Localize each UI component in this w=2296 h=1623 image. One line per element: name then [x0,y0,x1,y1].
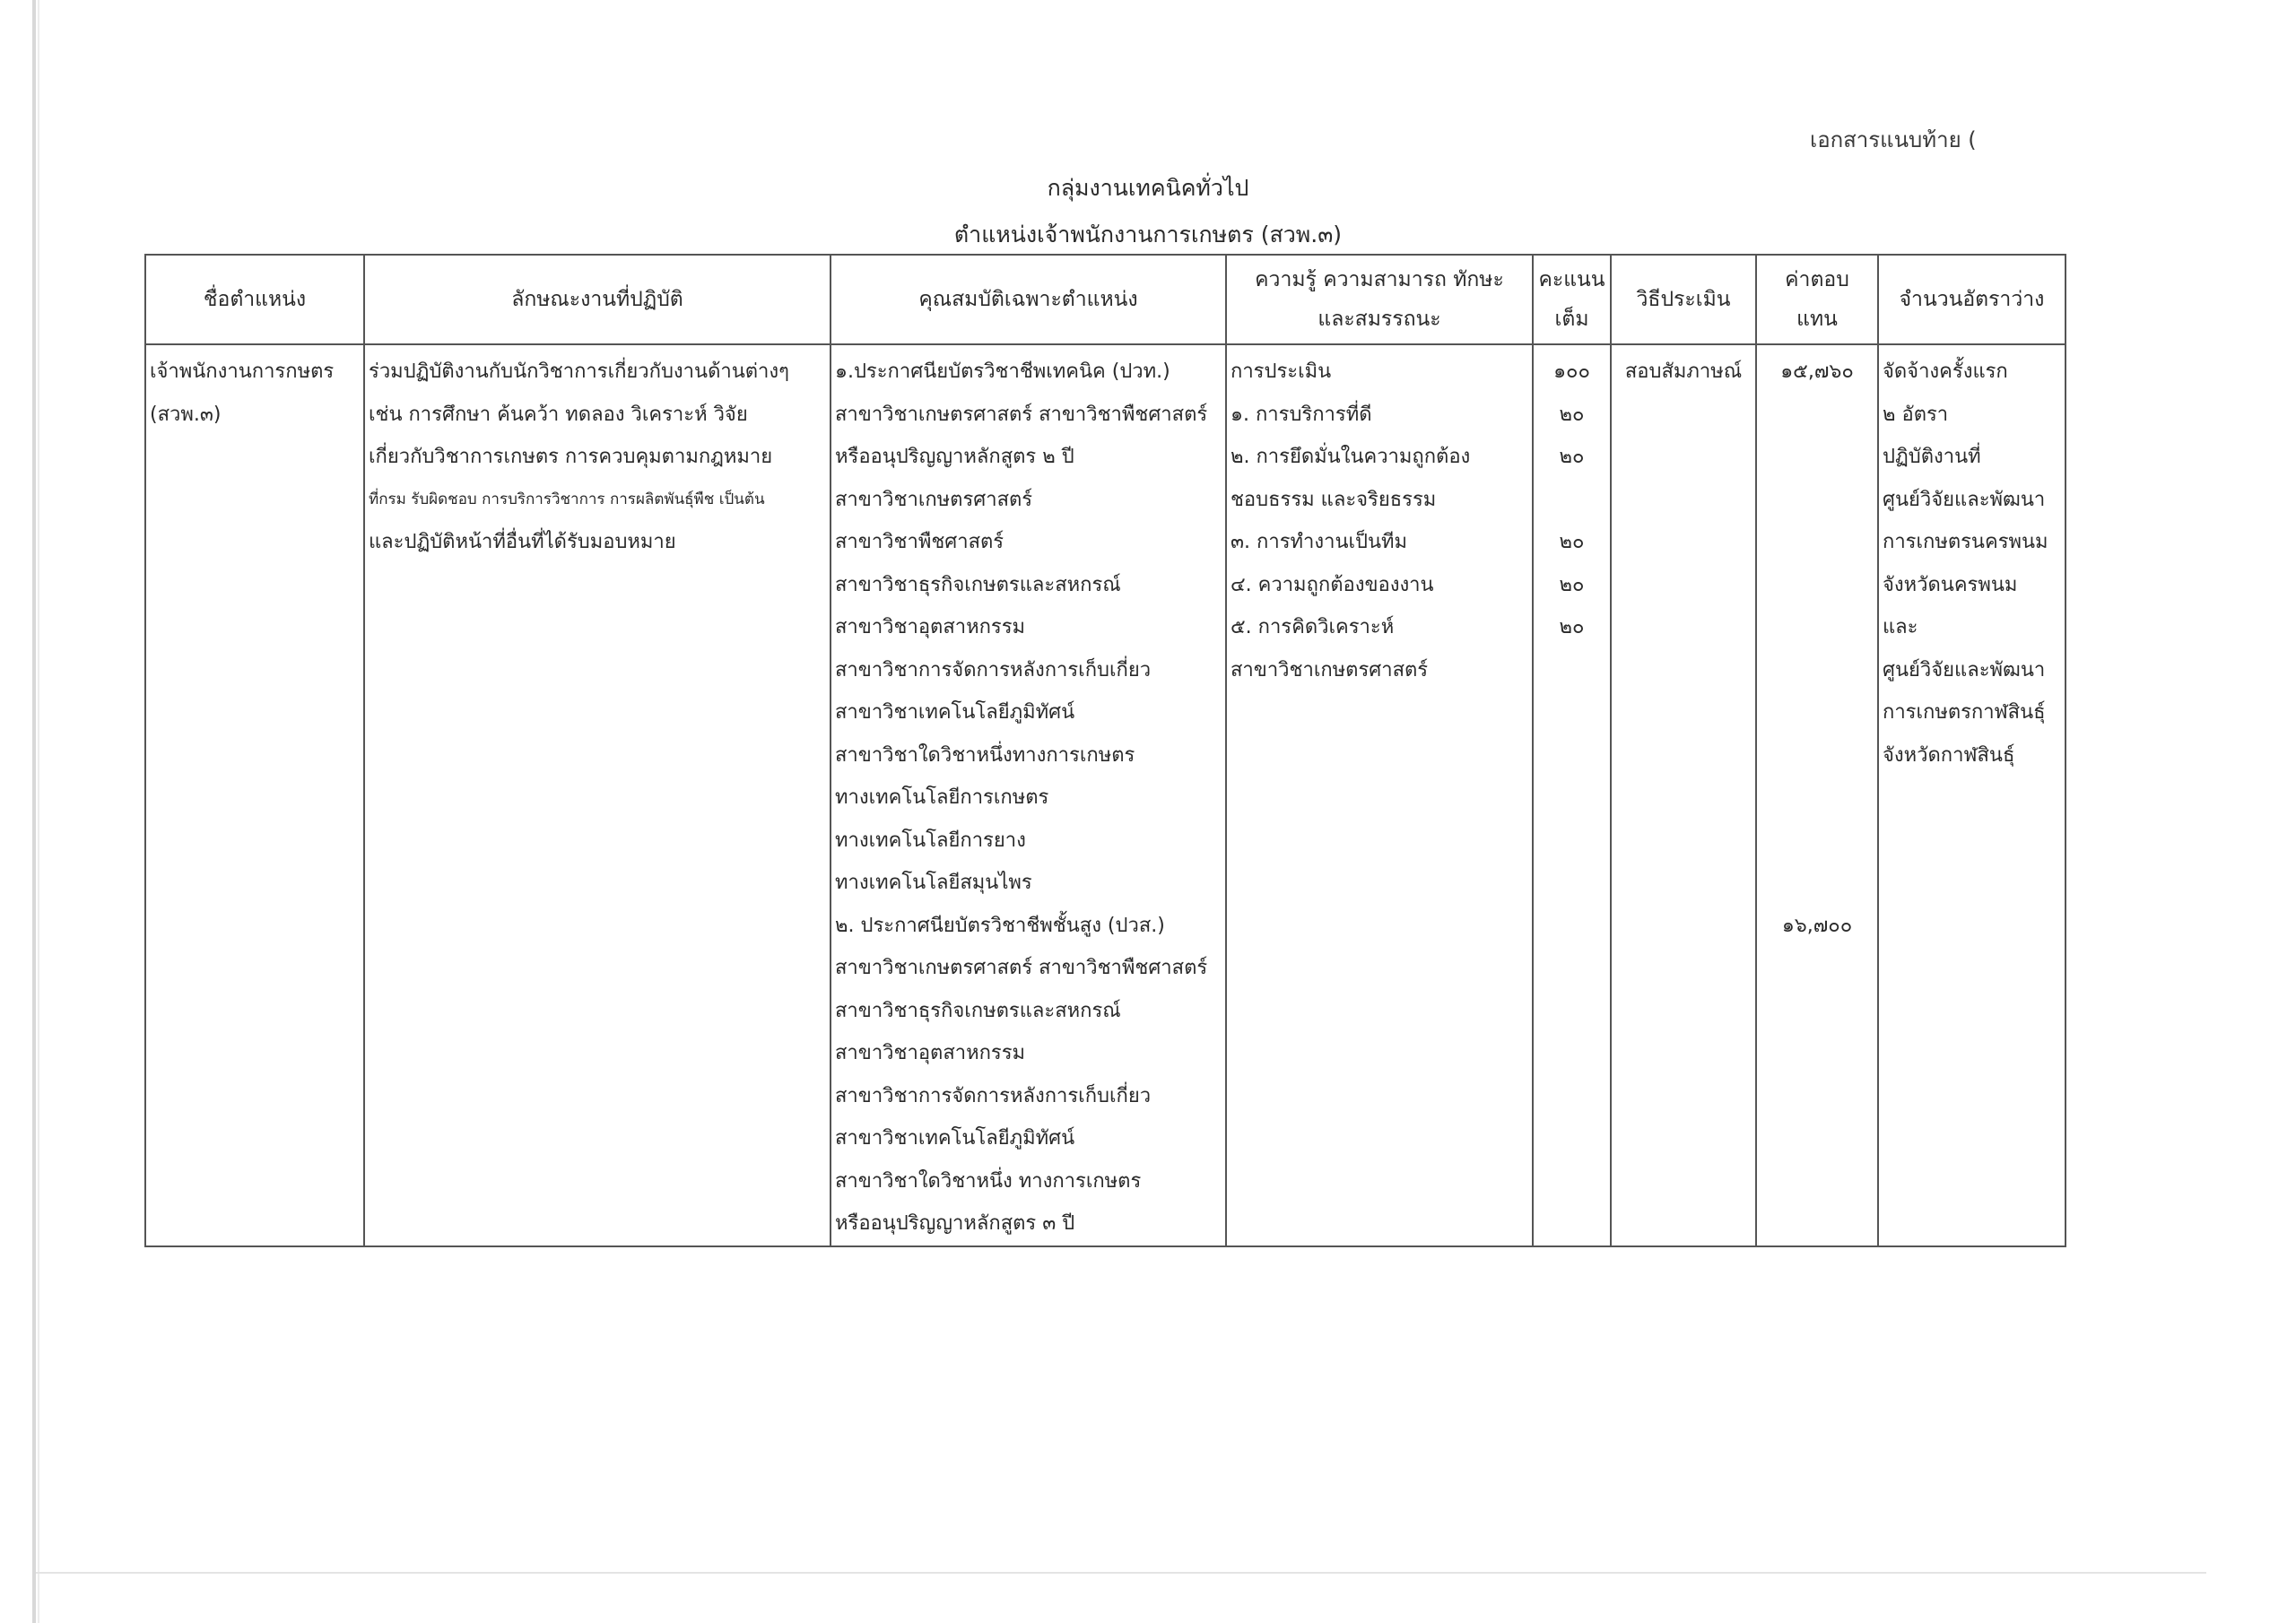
cell-position-name: เจ้าพนักงานการกษตร (สวพ.๓) [145,344,364,1246]
cell-compensation: ๑๕,๗๖๐ ๑๖,๗๐๐ [1756,344,1878,1246]
position-title: ตำแหน่งเจ้าพนักงานการเกษตร (สวพ.๓) [0,217,2296,253]
cell-scores: ๑๐๐ ๒๐ ๒๐ ๒๐ ๒๐ ๒๐ [1533,344,1611,1246]
cell-evaluation-method: สอบสัมภาษณ์ [1611,344,1756,1246]
table-header-row: ชื่อตำแหน่ง ลักษณะงานที่ปฏิบัติ คุณสมบัต… [145,255,2066,344]
header-compensation: ค่าตอบ แทน [1756,255,1878,344]
position-table: ชื่อตำแหน่ง ลักษณะงานที่ปฏิบัติ คุณสมบัต… [144,254,2066,1247]
pay-second: ๑๖,๗๐๐ [1761,905,1874,948]
header-qualifications: คุณสมบัติเฉพาะตำแหน่ง [831,255,1226,344]
cell-qualifications: ๑.ประกาศนียบัตรวิชาชีพเทคนิค (ปวท.) สาขา… [831,344,1226,1246]
group-title: กลุ่มงานเทคนิคทั่วไป [0,170,2296,206]
header-full-score: คะแนน เต็ม [1533,255,1611,344]
header-evaluation-method: วิธีประเมิน [1611,255,1756,344]
header-job-description: ลักษณะงานที่ปฏิบัติ [364,255,831,344]
annex-label: เอกสารแนบท้าย ( [1810,122,1977,157]
table-row: เจ้าพนักงานการกษตร (สวพ.๓) ร่วมปฏิบัติงา… [145,344,2066,1246]
scan-artifact-line [36,1572,2206,1574]
header-competencies: ความรู้ ความสามารถ ทักษะ และสมรรถนะ [1226,255,1533,344]
cell-competencies: การประเมิน ๑. การบริการที่ดี ๒. การยึดมั… [1226,344,1533,1246]
header-vacancies: จำนวนอัตราว่าง [1878,255,2066,344]
cell-vacancies: จัดจ้างครั้งแรก ๒ อัตรา ปฏิบัติงานที่ ศู… [1878,344,2066,1246]
header-position-name: ชื่อตำแหน่ง [145,255,364,344]
cell-job-description: ร่วมปฏิบัติงานกับนักวิชาการเกี่ยวกับงานด… [364,344,831,1246]
pay-first: ๑๕,๗๖๐ [1761,351,1874,394]
